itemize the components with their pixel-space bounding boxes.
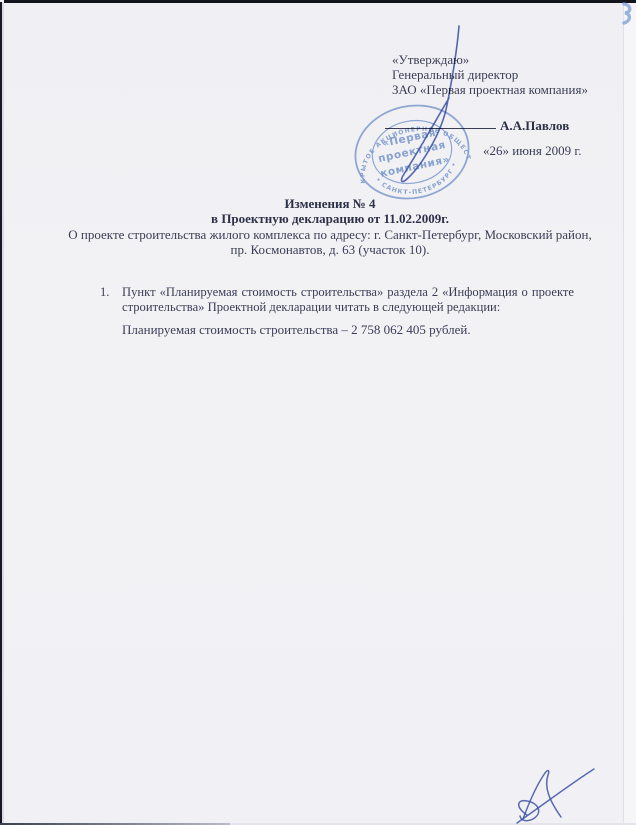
title-block: Изменения № 4 в Проектную декларацию от … [65,196,595,258]
item-revision-text: Планируемая стоимость строительства – 2 … [122,322,471,338]
bottom-signature-diagonal [517,769,594,823]
approval-quote: «Утверждаю» [392,52,588,67]
approval-role: Генеральный директор [392,67,588,82]
scanned-document-page: «Утверждаю» Генеральный директор ЗАО «Пе… [0,0,636,825]
bottom-signature-loop [519,801,539,821]
document-subtitle: О проекте строительства жилого комплекса… [65,227,595,258]
approval-company: ЗАО «Первая проектная компания» [392,82,588,97]
bottom-signature-lambda [523,771,561,819]
approval-block: «Утверждаю» Генеральный директор ЗАО «Пе… [392,52,588,98]
stamp-inner-ring [366,113,457,190]
document-date: «26» июня 2009 г. [483,143,581,159]
paper-right-edge [623,3,624,825]
document-title-line1: Изменения № 4 [65,196,595,211]
stamp-seal: ЗАКРЫТОЕ АКЦИОНЕРНОЕ ОБЩЕСТВО • САНКТ-ПЕ… [340,20,477,213]
signatory-name: А.А.Павлов [500,118,569,134]
stamp-center-line2: проектная [377,139,447,165]
scan-edge-top [4,0,636,3]
item-number: 1. [100,285,109,300]
bottom-signature [505,745,615,825]
scan-edge-left-highlight [2,2,4,825]
stamp-ring-top-label: ЗАКРЫТОЕ АКЦИОНЕРНОЕ ОБЩЕСТВО [340,20,472,188]
director-signature-stroke [401,26,459,181]
stamp-outer-ring [347,95,478,209]
document-title-line2: в Проектную декларацию от 11.02.2009г. [65,211,595,226]
company-stamp: ЗАКРЫТОЕ АКЦИОНЕРНОЕ ОБЩЕСТВО • САНКТ-ПЕ… [340,20,490,215]
stamp-center-line3: компания» [379,153,451,179]
stamp-center-line1: «Первая [381,127,437,150]
signature-line [385,128,496,129]
item-text: Пункт «Планируемая стоимость строительст… [122,285,574,316]
scanner-background [624,3,636,825]
